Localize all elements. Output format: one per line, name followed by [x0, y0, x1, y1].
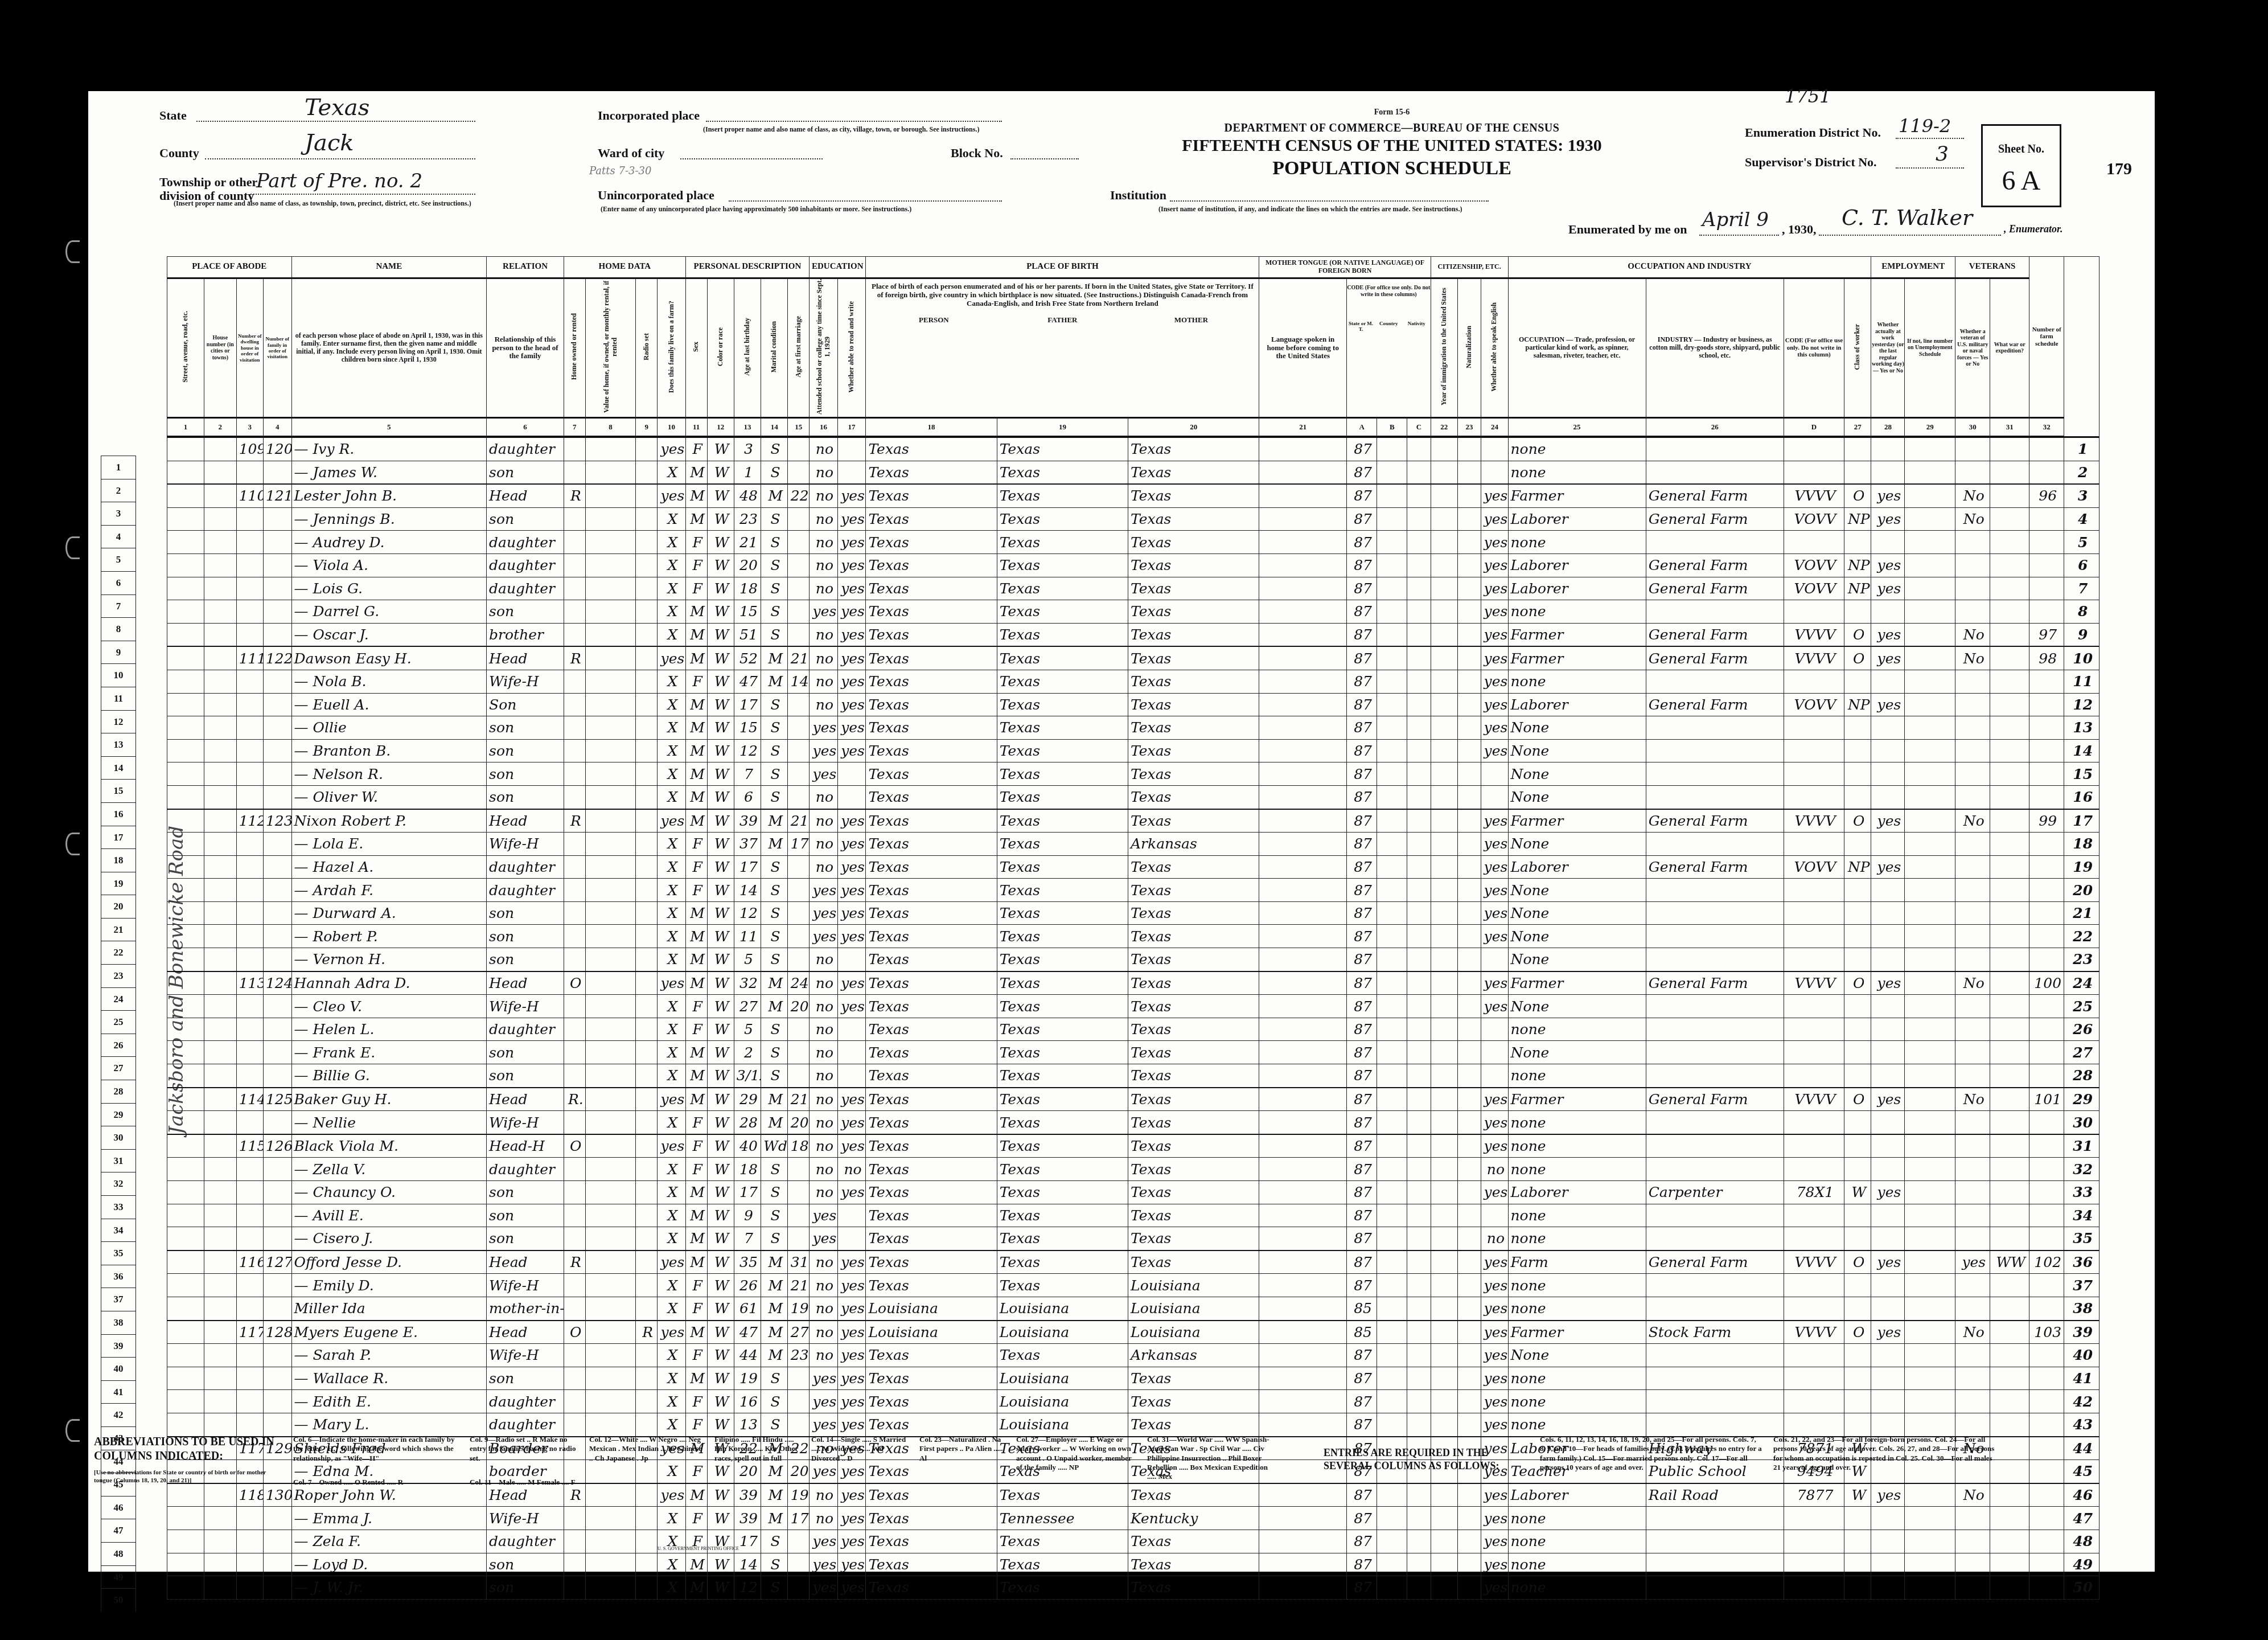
speak-english-cell: yes [1481, 670, 1508, 693]
home-owned-cell [564, 1204, 585, 1227]
column-number-row: 123456789101112131415161718192021ABC2223… [167, 418, 2099, 437]
school-cell: no [810, 833, 838, 856]
marital-cell: S [761, 1227, 788, 1250]
abbrev-col14: Col. 14—Single ..... S Married ..... M W… [811, 1435, 908, 1463]
war-cell [1990, 833, 2029, 856]
person-name-cell: — Chauncy O. [291, 1181, 487, 1204]
occupation-code-cell [1784, 1041, 1844, 1064]
person-name-cell: — Hazel A. [291, 855, 487, 879]
nativity-code-cell [1407, 507, 1431, 531]
naturalization-cell [1457, 1041, 1481, 1064]
left-line-number: 10 [101, 663, 136, 687]
industry-cell [1646, 1158, 1784, 1181]
house-number-cell [204, 1344, 236, 1367]
farm-cell: X [658, 1553, 686, 1576]
speak-english-cell [1481, 1204, 1508, 1227]
home-owned-cell: R [564, 1250, 585, 1274]
person-name-cell: Myers Eugene E. [291, 1321, 487, 1344]
county-label: County [159, 146, 199, 161]
nativity-code-cell [1407, 1413, 1431, 1436]
war-cell [1990, 1181, 2029, 1204]
farm-schedule-cell [2029, 739, 2064, 762]
birthplace-person-cell: Texas [866, 1576, 997, 1600]
country-code-cell [1377, 716, 1407, 740]
home-owned-cell [564, 995, 585, 1018]
war-cell [1990, 762, 2029, 786]
speak-english-cell: yes [1481, 553, 1508, 577]
line-number-cell: 19 [2064, 855, 2099, 879]
birthplace-mother-cell: Texas [1128, 1367, 1259, 1390]
race-cell: W [707, 1181, 734, 1204]
radio-cell [636, 577, 658, 600]
table-row: — Lola E.Wife-HXFW37M17noyesTexasTexasAr… [167, 833, 2099, 856]
table-row: — Hazel A.daughterXFW17SnoyesTexasTexasT… [167, 855, 2099, 879]
birthplace-father-cell: Texas [997, 1204, 1128, 1227]
nativity-code-cell [1407, 600, 1431, 624]
country-code-cell [1377, 785, 1407, 809]
column-number: A [1347, 418, 1377, 437]
township-note: (Insert proper name and also name of cla… [174, 199, 471, 208]
marital-cell: M [761, 1297, 788, 1320]
naturalization-cell [1457, 1204, 1481, 1227]
unemployment-line-cell [1905, 1181, 1955, 1204]
punch-hole-icon [65, 1419, 80, 1442]
language-cell [1259, 1181, 1347, 1204]
farm-cell: yes [658, 971, 686, 995]
unemployment-line-cell [1905, 716, 1955, 740]
war-cell [1990, 1041, 2029, 1064]
county-value: Jack [305, 130, 354, 156]
sex-cell: M [685, 646, 707, 670]
line-number-cell: 26 [2064, 1018, 2099, 1041]
col-house: House number (in cities or towns) [204, 278, 236, 418]
home-value-cell [585, 646, 636, 670]
table-row: — Darrel G.sonXMW15SyesyesTexasTexasTexa… [167, 600, 2099, 624]
unemployment-line-cell [1905, 1297, 1955, 1320]
veteran-cell [1955, 739, 1990, 762]
veteran-cell [1955, 833, 1990, 856]
marital-cell: S [761, 925, 788, 948]
home-value-cell [585, 1134, 636, 1158]
sex-cell: F [685, 879, 707, 902]
relation-cell: brother [487, 623, 564, 646]
family-number-cell [263, 739, 291, 762]
occupation-code-cell: 78X1 [1784, 1181, 1844, 1204]
veteran-cell [1955, 670, 1990, 693]
home-value-cell [585, 948, 636, 971]
industry-cell [1646, 995, 1784, 1018]
class-worker-cell: O [1844, 1088, 1871, 1111]
abbrev-col23: Col. 23—Naturalized . Na First papers ..… [919, 1435, 1005, 1463]
marital-cell: S [761, 901, 788, 925]
farm-schedule-cell: 96 [2029, 484, 2064, 507]
farm-schedule-cell [2029, 879, 2064, 902]
nativity-code-cell [1407, 995, 1431, 1018]
read-write-cell: yes [837, 1181, 866, 1204]
dwelling-number-cell [236, 1064, 263, 1088]
birthplace-mother-cell: Texas [1128, 623, 1259, 646]
birthplace-mother-cell: Texas [1128, 507, 1259, 531]
occupation-code-cell [1784, 1204, 1844, 1227]
column-number: 1 [167, 418, 204, 437]
table-row: — Loyd D.sonXMW14SyesyesTexasTexasTexas8… [167, 1553, 2099, 1576]
occupation-cell: none [1508, 1064, 1646, 1088]
age-marriage-cell [788, 1041, 810, 1064]
marital-cell: S [761, 1576, 788, 1600]
group-occupation: OCCUPATION AND INDUSTRY [1508, 257, 1871, 278]
house-number-cell [204, 1041, 236, 1064]
race-cell: W [707, 1413, 734, 1436]
war-cell [1990, 553, 2029, 577]
col-mother: MOTHER [1127, 316, 1255, 325]
dwelling-number-cell: 113 [236, 971, 263, 995]
radio-cell [636, 1111, 658, 1134]
family-number-cell [263, 901, 291, 925]
occupation-code-cell: VOVV [1784, 693, 1844, 716]
table-row: — Durward A.sonXMW12SyesyesTexasTexasTex… [167, 901, 2099, 925]
language-cell [1259, 646, 1347, 670]
race-cell: W [707, 716, 734, 740]
language-cell [1259, 507, 1347, 531]
column-number: 8 [585, 418, 636, 437]
country-code-cell [1377, 1227, 1407, 1250]
at-work-cell [1871, 600, 1905, 624]
col-street: Street, avenue, road, etc. [182, 311, 190, 383]
home-value-cell [585, 693, 636, 716]
immigration-cell [1431, 1018, 1457, 1041]
school-cell: no [810, 507, 838, 531]
birthplace-father-cell: Texas [997, 577, 1128, 600]
veteran-cell [1955, 1576, 1990, 1600]
street-cell [167, 925, 204, 948]
age-marriage-cell: 24 [788, 971, 810, 995]
school-cell: no [810, 1064, 838, 1088]
family-number-cell: 125 [263, 1088, 291, 1111]
war-cell [1990, 1413, 2029, 1436]
immigration-cell [1431, 553, 1457, 577]
sex-cell: M [685, 739, 707, 762]
veteran-cell [1955, 785, 1990, 809]
relation-cell: son [487, 739, 564, 762]
occupation-code-cell [1784, 1390, 1844, 1413]
marital-cell: M [761, 995, 788, 1018]
war-cell [1990, 507, 2029, 531]
language-cell [1259, 1344, 1347, 1367]
occupation-cell: none [1508, 1576, 1646, 1600]
state-code-cell: 87 [1347, 901, 1377, 925]
person-name-cell: — Helen L. [291, 1018, 487, 1041]
age-marriage-cell [788, 879, 810, 902]
house-number-cell [204, 1321, 236, 1344]
family-number-cell [263, 1227, 291, 1250]
home-owned-cell [564, 1553, 585, 1576]
birthplace-person-cell: Texas [866, 1553, 997, 1576]
home-value-cell [585, 1367, 636, 1390]
industry-cell: General Farm [1646, 855, 1784, 879]
class-worker-cell: NP [1844, 855, 1871, 879]
unemployment-line-cell [1905, 925, 1955, 948]
column-number: 26 [1646, 418, 1784, 437]
marital-cell: M [761, 1111, 788, 1134]
war-cell [1990, 623, 2029, 646]
dwelling-number-cell [236, 855, 263, 879]
table-row: 113124Hannah Adra D.HeadOyesMW32M24noyes… [167, 971, 2099, 995]
state-code-cell: 87 [1347, 670, 1377, 693]
house-number-cell [204, 507, 236, 531]
farm-cell: X [658, 716, 686, 740]
class-worker-cell [1844, 785, 1871, 809]
language-cell [1259, 716, 1347, 740]
family-number-cell [263, 833, 291, 856]
line-number-cell: 22 [2064, 925, 2099, 948]
birthplace-mother-cell: Texas [1128, 1553, 1259, 1576]
enum-district-label: Enumeration District No. [1745, 125, 1881, 140]
abbreviations-footer: ABBREVIATIONS TO BE USED IN COLUMNS INDI… [94, 1435, 2143, 1549]
language-cell [1259, 879, 1347, 902]
left-line-number: 14 [101, 756, 136, 780]
nativity-code-cell [1407, 833, 1431, 856]
unemployment-line-cell [1905, 1088, 1955, 1111]
enumerator-label: , Enumerator. [2004, 223, 2063, 235]
race-cell: W [707, 1576, 734, 1600]
family-number-cell [263, 879, 291, 902]
immigration-cell [1431, 948, 1457, 971]
sex-cell: M [685, 785, 707, 809]
person-name-cell: — Durward A. [291, 901, 487, 925]
veteran-cell [1955, 716, 1990, 740]
nativity-code-cell [1407, 971, 1431, 995]
home-value-cell [585, 1041, 636, 1064]
farm-schedule-cell [2029, 833, 2064, 856]
marital-cell: S [761, 1018, 788, 1041]
naturalization-cell [1457, 484, 1481, 507]
birthplace-father-cell: Texas [997, 600, 1128, 624]
race-cell: W [707, 762, 734, 786]
age-marriage-cell: 21 [788, 1274, 810, 1297]
house-number-cell [204, 901, 236, 925]
occupation-code-cell: VVVV [1784, 646, 1844, 670]
table-row: — Helen L.daughterXFW5SnoTexasTexasTexas… [167, 1018, 2099, 1041]
home-value-cell [585, 716, 636, 740]
relation-cell: daughter [487, 553, 564, 577]
house-number-cell [204, 1204, 236, 1227]
family-number-cell [263, 1297, 291, 1320]
relation-cell: Head [487, 1250, 564, 1274]
naturalization-cell [1457, 1576, 1481, 1600]
war-cell [1990, 1390, 2029, 1413]
naturalization-cell [1457, 809, 1481, 833]
state-code-cell: 87 [1347, 1064, 1377, 1088]
at-work-cell [1871, 833, 1905, 856]
naturalization-cell [1457, 1344, 1481, 1367]
left-line-number: 16 [101, 802, 136, 826]
home-value-cell [585, 577, 636, 600]
nativity-code-cell [1407, 531, 1431, 554]
street-cell [167, 461, 204, 484]
street-cell [167, 1344, 204, 1367]
farm-schedule-cell [2029, 1018, 2064, 1041]
country-code-cell [1377, 1018, 1407, 1041]
home-value-cell [585, 1088, 636, 1111]
relation-cell: son [487, 1367, 564, 1390]
line-number-cell: 38 [2064, 1297, 2099, 1320]
birthplace-person-cell: Texas [866, 461, 997, 484]
family-number-cell [263, 762, 291, 786]
col-code-c: Nativity [1403, 321, 1431, 333]
marital-cell: S [761, 600, 788, 624]
home-owned-cell [564, 716, 585, 740]
table-row: — Cleo V.Wife-HXFW27M20noyesTexasTexasTe… [167, 995, 2099, 1018]
speak-english-cell: yes [1481, 995, 1508, 1018]
immigration-cell [1431, 1041, 1457, 1064]
class-worker-cell [1844, 1274, 1871, 1297]
class-worker-cell: O [1844, 623, 1871, 646]
dwelling-number-cell: 109 [236, 437, 263, 461]
immigration-cell [1431, 1274, 1457, 1297]
line-number-cell: 33 [2064, 1181, 2099, 1204]
unemployment-line-cell [1905, 879, 1955, 902]
radio-cell [636, 716, 658, 740]
farm-schedule-cell [2029, 1134, 2064, 1158]
language-cell [1259, 1553, 1347, 1576]
sex-cell: F [685, 531, 707, 554]
house-number-cell [204, 1018, 236, 1041]
table-row: — Branton B.sonXMW12SyesyesTexasTexasTex… [167, 739, 2099, 762]
country-code-cell [1377, 646, 1407, 670]
farm-schedule-cell [2029, 1390, 2064, 1413]
age-cell: 37 [734, 833, 761, 856]
col-age: Age at last birthday [743, 318, 751, 376]
sex-cell: M [685, 1064, 707, 1088]
at-work-cell: yes [1871, 623, 1905, 646]
race-cell: W [707, 809, 734, 833]
home-value-cell [585, 553, 636, 577]
radio-cell [636, 1204, 658, 1227]
unemployment-line-cell [1905, 1250, 1955, 1274]
birthplace-mother-cell: Texas [1128, 484, 1259, 507]
birthplace-mother-cell: Texas [1128, 1576, 1259, 1600]
industry-cell [1646, 1134, 1784, 1158]
dwelling-number-cell [236, 1390, 263, 1413]
relation-cell: daughter [487, 1158, 564, 1181]
nativity-code-cell [1407, 484, 1431, 507]
marital-cell: S [761, 785, 788, 809]
age-cell: 1 [734, 461, 761, 484]
occupation-cell: none [1508, 1274, 1646, 1297]
home-owned-cell [564, 1367, 585, 1390]
table-row: 114125Baker Guy H.HeadR.yesMW29M21noyesT… [167, 1088, 2099, 1111]
radio-cell [636, 855, 658, 879]
marital-cell: M [761, 1344, 788, 1367]
language-cell [1259, 1064, 1347, 1088]
person-name-cell: Offord Jesse D. [291, 1250, 487, 1274]
speak-english-cell: yes [1481, 507, 1508, 531]
age-marriage-cell [788, 1553, 810, 1576]
country-code-cell [1377, 1250, 1407, 1274]
person-name-cell: — Vernon H. [291, 948, 487, 971]
read-write-cell: yes [837, 670, 866, 693]
line-number-cell: 11 [2064, 670, 2099, 693]
read-write-cell: yes [837, 1274, 866, 1297]
class-worker-cell: NP [1844, 553, 1871, 577]
naturalization-cell [1457, 1367, 1481, 1390]
dwelling-number-cell [236, 1111, 263, 1134]
age-marriage-cell [788, 577, 810, 600]
home-owned-cell [564, 1064, 585, 1088]
person-name-cell: Dawson Easy H. [291, 646, 487, 670]
left-line-number: 30 [101, 1126, 136, 1149]
at-work-cell [1871, 1018, 1905, 1041]
farm-cell: X [658, 577, 686, 600]
industry-cell [1646, 1344, 1784, 1367]
table-row: — Vernon H.sonXMW5SnoTexasTexasTexas87No… [167, 948, 2099, 971]
birthplace-mother-cell: Texas [1128, 1204, 1259, 1227]
class-worker-cell [1844, 1390, 1871, 1413]
race-cell: W [707, 507, 734, 531]
veteran-cell [1955, 1367, 1990, 1390]
farm-schedule-cell [2029, 1413, 2064, 1436]
race-cell: W [707, 693, 734, 716]
home-owned-cell [564, 553, 585, 577]
sex-cell: F [685, 577, 707, 600]
race-cell: W [707, 1158, 734, 1181]
birthplace-father-cell: Texas [997, 1018, 1128, 1041]
occupation-cell: None [1508, 925, 1646, 948]
occupation-cell: None [1508, 1344, 1646, 1367]
veteran-cell [1955, 948, 1990, 971]
column-number: 4 [263, 418, 291, 437]
unemployment-line-cell [1905, 693, 1955, 716]
radio-cell [636, 623, 658, 646]
house-number-cell [204, 1297, 236, 1320]
radio-cell [636, 901, 658, 925]
farm-schedule-cell: 103 [2029, 1321, 2064, 1344]
class-worker-cell [1844, 1553, 1871, 1576]
industry-cell [1646, 879, 1784, 902]
occupation-cell: none [1508, 1553, 1646, 1576]
speak-english-cell: yes [1481, 809, 1508, 833]
home-value-cell [585, 739, 636, 762]
class-worker-cell: O [1844, 809, 1871, 833]
naturalization-cell [1457, 1390, 1481, 1413]
family-number-cell [263, 553, 291, 577]
family-number-cell [263, 461, 291, 484]
home-owned-cell: O [564, 971, 585, 995]
read-write-cell [837, 762, 866, 786]
at-work-cell: yes [1871, 809, 1905, 833]
nativity-code-cell [1407, 925, 1431, 948]
home-owned-cell [564, 833, 585, 856]
state-code-cell: 87 [1347, 762, 1377, 786]
street-cell [167, 577, 204, 600]
country-code-cell [1377, 623, 1407, 646]
group-citizenship: CITIZENSHIP, ETC. [1431, 257, 1508, 278]
farm-schedule-cell [2029, 716, 2064, 740]
sex-cell: M [685, 1250, 707, 1274]
language-cell [1259, 623, 1347, 646]
unemployment-line-cell [1905, 1158, 1955, 1181]
home-owned-cell [564, 1576, 585, 1600]
person-name-cell: Hannah Adra D. [291, 971, 487, 995]
table-row: 110121Lester John B.HeadRyesMW48M22noyes… [167, 484, 2099, 507]
veteran-cell [1955, 461, 1990, 484]
marital-cell: S [761, 716, 788, 740]
dwelling-number-cell [236, 901, 263, 925]
immigration-cell [1431, 1250, 1457, 1274]
table-row: — Edith E.daughterXFW16SyesyesTexasLouis… [167, 1390, 2099, 1413]
speak-english-cell [1481, 1041, 1508, 1064]
immigration-cell [1431, 1344, 1457, 1367]
